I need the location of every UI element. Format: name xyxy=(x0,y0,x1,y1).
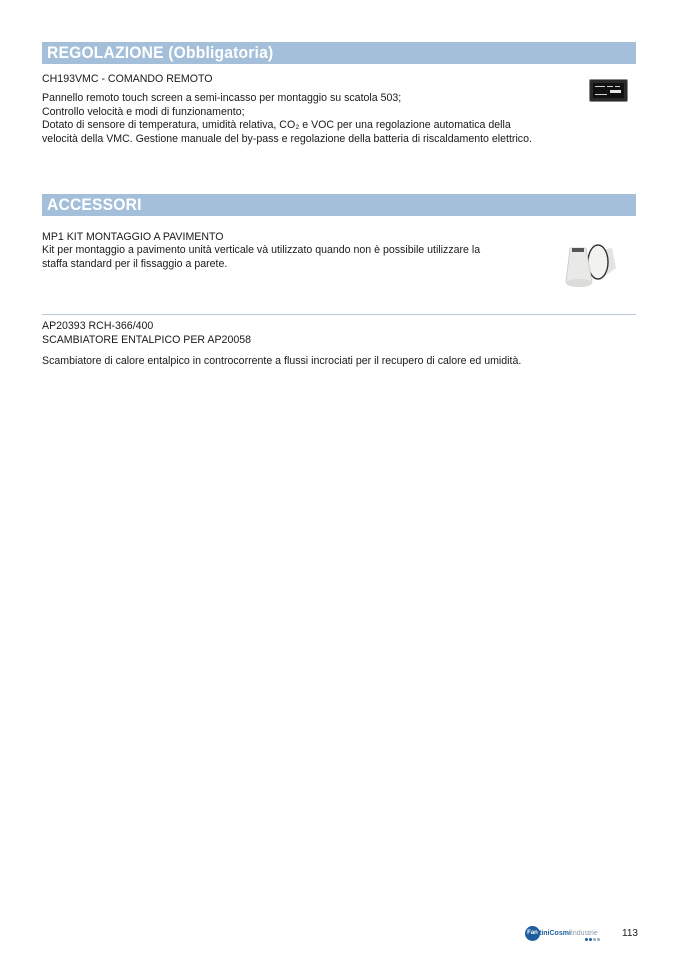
description-line: Pannello remoto touch screen a semi-inca… xyxy=(42,92,532,106)
logo-wordmark: tiniCosmiIndustrie xyxy=(539,929,598,938)
fantini-cosmi-logo: Fan tiniCosmiIndustrie xyxy=(525,926,607,944)
item-divider xyxy=(42,314,636,315)
item-description-mp1: Kit per montaggio a pavimento unità vert… xyxy=(42,244,480,271)
section-header-accessori: ACCESSORI xyxy=(42,194,636,216)
description-line: Dotato di sensore di temperatura, umidit… xyxy=(42,119,532,133)
item-title-line: AP20393 RCH-366/400 xyxy=(42,320,251,334)
section-header-regolazione: REGOLAZIONE (Obbligatoria) xyxy=(42,42,636,64)
item-description-ap20393: Scambiatore di calore entalpico in contr… xyxy=(42,355,521,369)
logo-dots-icon xyxy=(585,938,601,941)
floor-mounting-kit-image xyxy=(560,238,618,290)
description-line: Kit per montaggio a pavimento unità vert… xyxy=(42,244,480,258)
item-title-line: MP1 KIT MONTAGGIO A PAVIMENTO xyxy=(42,231,224,245)
section-title: REGOLAZIONE (Obbligatoria) xyxy=(47,42,273,64)
logo-text-bold: tiniCosmi xyxy=(539,930,571,937)
logo-mark: Fan xyxy=(525,926,540,941)
description-line: Controllo velocità e modi di funzionamen… xyxy=(42,106,532,120)
item-title-mp1: MP1 KIT MONTAGGIO A PAVIMENTO xyxy=(42,231,224,245)
description-line: staffa standard per il fissaggio a paret… xyxy=(42,258,480,272)
item-title-ap20393: AP20393 RCH-366/400 SCAMBIATORE ENTALPIC… xyxy=(42,320,251,347)
panel-screen xyxy=(593,83,624,98)
item-title-line: SCAMBIATORE ENTALPICO PER AP20058 xyxy=(42,334,251,348)
item-title-line: CH193VMC - COMANDO REMOTO xyxy=(42,73,213,87)
section-title: ACCESSORI xyxy=(47,194,142,216)
logo-text-light: Industrie xyxy=(571,930,598,937)
remote-control-panel-image xyxy=(589,79,628,102)
item-title-ch193vmc: CH193VMC - COMANDO REMOTO xyxy=(42,73,213,87)
item-description-ch193vmc: Pannello remoto touch screen a semi-inca… xyxy=(42,92,532,146)
page-number: 113 xyxy=(622,928,638,939)
description-line: Scambiatore di calore entalpico in contr… xyxy=(42,355,521,369)
description-line: velocità della VMC. Gestione manuale del… xyxy=(42,133,532,147)
